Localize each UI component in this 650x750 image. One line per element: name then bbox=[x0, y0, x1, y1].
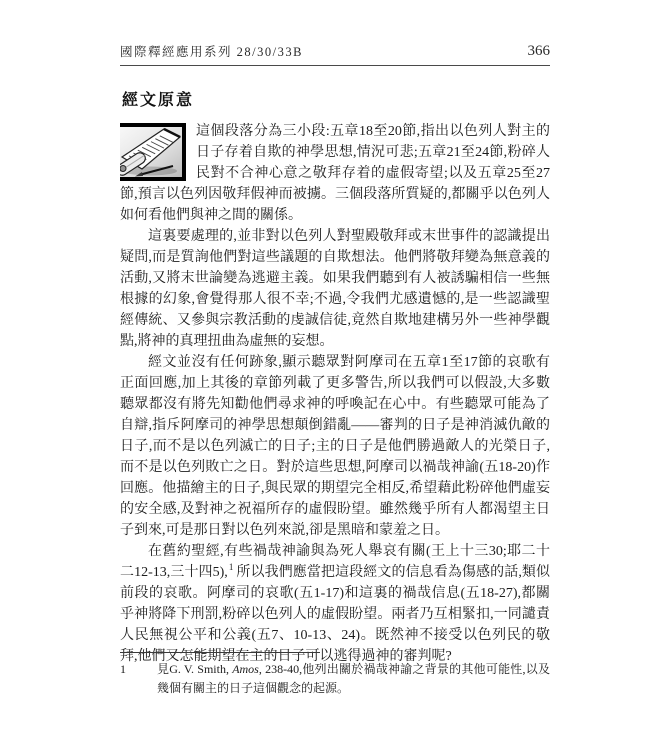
series-title: 國際釋經應用系列 28/30/33B bbox=[120, 42, 303, 60]
paragraph-4: 在舊約聖經,有些禍哉神諭與為死人舉哀有關(王上十三30;耶二十二12-13,三十… bbox=[120, 541, 550, 667]
paragraph-3: 經文並沒有任何跡象,顯示聽眾對阿摩司在五章1至17節的哀歌有正面回應,加上其後的… bbox=[120, 352, 550, 541]
book-page: 國際釋經應用系列 28/30/33B 366 經文原意 bbox=[0, 0, 650, 750]
footnote-text: 見G. V. Smith, Amos, 238-40,他列出關於禍哉神諭之背景的… bbox=[157, 660, 550, 698]
footnote-number: 1 bbox=[120, 660, 157, 698]
page-number: 366 bbox=[528, 43, 551, 60]
footnote-1: 1 見G. V. Smith, Amos, 238-40,他列出關於禍哉神諭之背… bbox=[120, 660, 550, 698]
scroll-icon bbox=[120, 123, 186, 181]
section-heading: 經文原意 bbox=[122, 87, 550, 110]
footnote-text-before-title: 見G. V. Smith, bbox=[157, 662, 232, 676]
footnote-area: 1 見G. V. Smith, Amos, 238-40,他列出關於禍哉神諭之背… bbox=[120, 652, 550, 698]
running-header: 國際釋經應用系列 28/30/33B 366 bbox=[120, 42, 550, 66]
paragraph-2: 這裏要處理的,並非對以色列人對聖殿敬拜或末世事件的認識提出疑問,而是質詢他們對這… bbox=[120, 226, 550, 352]
paragraph-1: 這個段落分為三小段:五章18至20節,指出以色列人對主的日子存着自欺的神學思想,… bbox=[120, 121, 550, 226]
footnote-book-title-italic: Amos bbox=[232, 662, 259, 676]
body-text: 這個段落分為三小段:五章18至20節,指出以色列人對主的日子存着自欺的神學思想,… bbox=[120, 121, 550, 673]
footnote-separator-rule bbox=[120, 652, 320, 653]
